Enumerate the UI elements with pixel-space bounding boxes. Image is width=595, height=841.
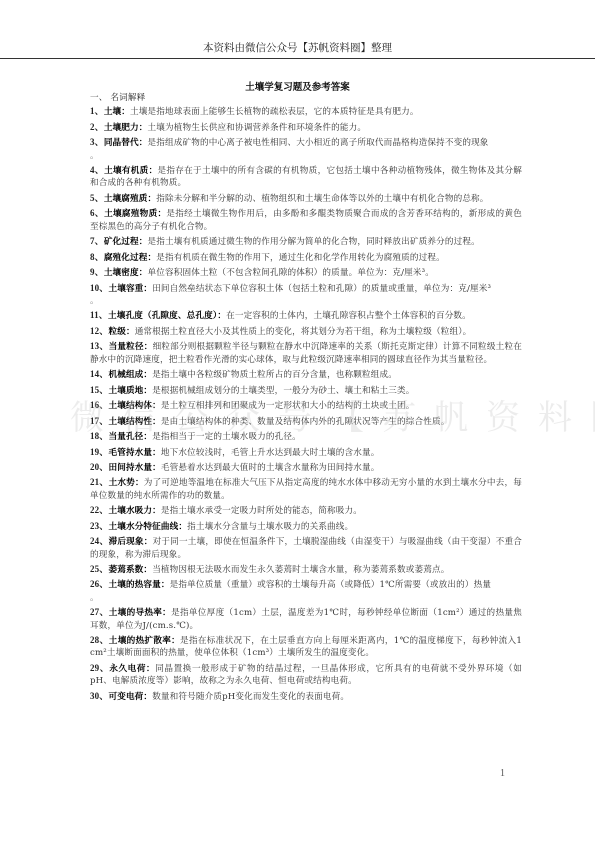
- entry-definition: 是指单位质量（重量）或容积的土壤每升高（或降低）1℃所需要（或放出的）热量: [170, 580, 491, 590]
- entry-number: 12、: [90, 326, 108, 336]
- entry-definition: 土壤为植物生长供应和协调营养条件和环境条件的能力。: [148, 123, 367, 133]
- entry-number: 6、: [90, 208, 104, 218]
- entry-number: 26、: [90, 579, 108, 589]
- entry-definition: 同晶置换一般形成于矿物的结晶过程，一旦晶体形成，它所具有的电荷就不受外界环境（如…: [90, 664, 522, 686]
- entry-definition: 是指土壤中各粒级矿物质土粒所占的百分含量，也称颗粒组成。: [152, 370, 397, 380]
- entry-definition: 是指土壤水承受一定吸力时所处的能态，简称吸力。: [161, 506, 362, 516]
- entry-number: 16、: [90, 400, 108, 410]
- page-number: 1: [500, 768, 505, 779]
- definition-entry: 21、土水势：为了可逆地等温地在标准大气压下从指定高度的纯水水体中移动无穷小量的…: [90, 476, 522, 502]
- definition-entry: 14、机械组成：是指土壤中各粒级矿物质土粒所占的百分含量，也称颗粒组成。: [90, 368, 522, 381]
- page-header: 本资料由微信公众号【苏帆资料圈】整理: [0, 40, 595, 55]
- entry-definition: 是指组成矿物的中心离子被电性相同、大小相近的离子所取代而晶格构造保持不变的现象: [148, 138, 489, 148]
- entry-number: 19、: [90, 447, 108, 457]
- entry-definition: 是指相当于一定的土壤水吸力的孔径。: [152, 432, 301, 442]
- definition-entry: 22、土壤水吸力：是指土壤水承受一定吸力时所处的能态，简称吸力。: [90, 504, 522, 517]
- section-heading: 一、 名词解释: [90, 92, 522, 104]
- entry-term: 永久电荷：: [109, 664, 155, 674]
- entry-tail: 。: [90, 592, 522, 604]
- entry-term: 土壤水分特征曲线：: [108, 522, 187, 532]
- entry-definition: 对于同一土壤，即使在恒温条件下，土壤脱湿曲线（由湿变干）与吸湿曲线（由干变湿）不…: [90, 537, 522, 559]
- entry-number: 9、: [90, 267, 104, 277]
- entry-tail: 。: [90, 150, 522, 162]
- entry-definition: 指除未分解和半分解的动、植物组织和土壤生命体等以外的土壤中有机化合物的总称。: [156, 194, 488, 204]
- entry-definition: 土壤是指地球表面上能够生长植物的疏松表层，它的本质特征是具有肥力。: [130, 107, 419, 117]
- definition-entry: 4、土壤有机质：是指存在于土壤中的所有含碳的有机物质，它包括土壤中各种动植物残体…: [90, 164, 522, 190]
- entry-number: 28、: [90, 635, 109, 645]
- entry-term: 滞后现象：: [109, 537, 153, 547]
- definition-entry: 29、永久电荷：同晶置换一般形成于矿物的结晶过程，一旦晶体形成，它所具有的电荷就…: [90, 662, 522, 688]
- definition-entry: 16、土壤结构体：是土粒互相排列和团聚成为一定形状和大小的结构的土块或土团。: [90, 399, 522, 412]
- document-title: 土壤学复习题及参考答案: [0, 79, 595, 93]
- entry-term: 毛管持水量：: [108, 448, 160, 458]
- entry-term: 土壤水吸力：: [108, 506, 160, 516]
- entry-term: 粒级：: [108, 327, 134, 337]
- definition-entry: 17、土壤结构性：是由土壤结构体的种类、数量及结构体内外的孔隙状况等产生的综合性…: [90, 415, 522, 428]
- entry-term: 可变电荷：: [108, 692, 152, 702]
- definition-entry: 15、土壤质地：是根据机械组成划分的土壤类型，一般分为砂土、壤土和粘土三类。: [90, 384, 522, 397]
- definition-entry: 5、土壤腐殖质：指除未分解和半分解的动、植物组织和土壤生命体等以外的土壤中有机化…: [90, 192, 522, 205]
- definition-entry: 9、土壤密度：单位容积固体土粒（不包含粒间孔隙的体积）的质量。单位为：克/厘米³…: [90, 266, 522, 279]
- entry-term: 土壤结构体：: [108, 401, 160, 411]
- entry-term: 同晶替代：: [104, 138, 148, 148]
- definition-entry: 7、矿化过程：是指土壤有机质通过微生物的作用分解为简单的化合物，同时释放出矿质养…: [90, 235, 522, 248]
- definition-entry: 19、毛管持水量：地下水位较浅时，毛管上升水达到最大时土壤的含水量。: [90, 446, 522, 459]
- entry-number: 15、: [90, 385, 108, 395]
- entry-term: 土壤容重：: [108, 284, 152, 294]
- entry-number: 13、: [90, 341, 109, 351]
- entry-term: 土壤质地：: [108, 386, 152, 396]
- entry-number: 5、: [90, 193, 104, 203]
- entry-term: 萎蔫系数：: [108, 565, 152, 575]
- definition-entry: 18、当量孔径：是指相当于一定的土壤水吸力的孔径。: [90, 430, 522, 443]
- entry-number: 11、: [90, 310, 108, 320]
- entry-term: 土壤孔度（孔隙度、总孔度）：: [108, 311, 226, 321]
- entry-term: 机械组成：: [108, 370, 152, 380]
- entry-definition: 数量和符号随介质pH变化而发生变化的表面电荷。: [152, 692, 349, 702]
- definition-entry: 1、土壤：土壤是指地球表面上能够生长植物的疏松表层，它的本质特征是具有肥力。: [90, 105, 522, 118]
- entry-number: 24、: [90, 536, 109, 546]
- entry-number: 30、: [90, 691, 108, 701]
- entry-definition: 为了可逆地等温地在标准大气压下从指定高度的纯水水体中移动无穷小量的水到土壤水分中…: [90, 478, 522, 500]
- entry-number: 1、: [90, 106, 104, 116]
- entry-definition: 是由土壤结构体的种类、数量及结构体内外的孔隙状况等产生的综合性质。: [161, 417, 450, 427]
- entry-definition: 田间自然垒结状态下单位容积土体（包括土粒和孔隙）的质量或重量，单位为：克/厘米³: [152, 284, 491, 294]
- definition-entry: 30、可变电荷：数量和符号随介质pH变化而发生变化的表面电荷。: [90, 690, 522, 703]
- entry-definition: 当植物因根无法吸水而发生永久萎蔫时土壤含水量，称为萎蔫系数或萎蔫点。: [152, 565, 449, 575]
- entry-definition: 地下水位较浅时，毛管上升水达到最大时土壤的含水量。: [161, 448, 380, 458]
- entry-definition: 是土粒互相排列和团聚成为一定形状和大小的结构的土块或土团。: [161, 401, 415, 411]
- entry-definition: 单位容积固体土粒（不包含粒间孔隙的体积）的质量。单位为：克/厘米³。: [148, 268, 434, 278]
- entry-number: 7、: [90, 236, 104, 246]
- definition-entry: 24、滞后现象：对于同一土壤，即使在恒温条件下，土壤脱湿曲线（由湿变干）与吸湿曲…: [90, 535, 522, 561]
- entry-number: 3、: [90, 137, 104, 147]
- entry-number: 22、: [90, 505, 108, 515]
- document-body: 一、 名词解释 1、土壤：土壤是指地球表面上能够生长植物的疏松表层，它的本质特征…: [90, 92, 522, 705]
- entry-number: 29、: [90, 663, 109, 673]
- entry-number: 4、: [90, 165, 104, 175]
- entry-term: 土壤结构性：: [108, 417, 160, 427]
- definition-entry: 8、腐殖化过程：是指有机质在微生物的作用下，通过生化和化学作用转化为腐殖质的过程…: [90, 251, 522, 264]
- entry-definition: 毛管悬着水达到最大值时的土壤含水量称为田间持水量。: [161, 463, 380, 473]
- definition-entry: 20、田间持水量：毛管悬着水达到最大值时的土壤含水量称为田间持水量。: [90, 461, 522, 474]
- entry-number: 20、: [90, 462, 108, 472]
- entry-number: 27、: [90, 607, 109, 617]
- entry-term: 矿化过程：: [104, 237, 148, 247]
- definition-entry: 28、土壤的热扩散率：是指在标准状况下，在土层垂直方向上每厘米距离内，1℃的温度…: [90, 634, 522, 660]
- definition-entry: 23、土壤水分特征曲线：指土壤水分含量与土壤水吸力的关系曲线。: [90, 520, 522, 533]
- entry-term: 土壤：: [104, 107, 130, 117]
- entry-definition: 是根据机械组成划分的土壤类型，一般分为砂土、壤土和粘土三类。: [152, 386, 414, 396]
- definition-entry: 2、土壤肥力：土壤为植物生长供应和协调营养条件和环境条件的能力。: [90, 121, 522, 134]
- entry-term: 腐殖化过程：: [104, 253, 156, 263]
- definition-entry: 10、土壤容重：田间自然垒结状态下单位容积土体（包括土粒和孔隙）的质量或重量，单…: [90, 282, 522, 308]
- definition-entry: 13、当量粒径：细粒部分则根据颗粒半径与颗粒在静水中沉降速率的关系（斯托克斯定律…: [90, 340, 522, 366]
- entry-definition: 是指有机质在微生物的作用下，通过生化和化学作用转化为腐殖质的过程。: [156, 253, 445, 263]
- entry-number: 25、: [90, 564, 108, 574]
- entry-term: 当量孔径：: [108, 432, 152, 442]
- entry-term: 土壤的热容量：: [108, 580, 169, 590]
- entry-number: 8、: [90, 252, 104, 262]
- entry-number: 14、: [90, 369, 108, 379]
- entry-number: 10、: [90, 283, 108, 293]
- entry-term: 土壤腐殖质：: [104, 194, 156, 204]
- entry-definition: 是指土壤有机质通过微生物的作用分解为简单的化合物，同时释放出矿质养分的过程。: [148, 237, 480, 247]
- definition-list: 1、土壤：土壤是指地球表面上能够生长植物的疏松表层，它的本质特征是具有肥力。2、…: [90, 105, 522, 703]
- entry-number: 23、: [90, 521, 108, 531]
- definition-entry: 27、土壤的导热率：是指单位厚度（1cm）土层，温度差为1℃时，每秒钟经单位断面…: [90, 606, 522, 632]
- header-divider: [0, 58, 595, 59]
- entry-term: 土水势：: [109, 478, 144, 488]
- entry-term: 土壤的热扩散率：: [109, 636, 180, 646]
- entry-number: 17、: [90, 416, 108, 426]
- definition-entry: 11、土壤孔度（孔隙度、总孔度）：在一定容积的土体内，土壤孔隙容积占整个土体容积…: [90, 309, 522, 322]
- entry-tail: 。: [90, 295, 522, 307]
- entry-term: 土壤有机质：: [104, 166, 157, 176]
- definition-entry: 26、土壤的热容量：是指单位质量（重量）或容积的土壤每升高（或降低）1℃所需要（…: [90, 578, 522, 604]
- entry-term: 土壤肥力：: [104, 123, 148, 133]
- entry-term: 土壤腐殖物质：: [104, 209, 166, 219]
- definition-entry: 25、萎蔫系数：当植物因根无法吸水而发生永久萎蔫时土壤含水量，称为萎蔫系数或萎蔫…: [90, 563, 522, 576]
- entry-term: 土壤密度：: [104, 268, 148, 278]
- entry-definition: 细粒部分则根据颗粒半径与颗粒在静水中沉降速率的关系（斯托克斯定律）计算不同粒级土…: [90, 342, 522, 364]
- entry-definition: 指土壤水分含量与土壤水吸力的关系曲线。: [187, 522, 353, 532]
- entry-term: 土壤的导热率：: [109, 608, 171, 618]
- entry-number: 18、: [90, 431, 108, 441]
- entry-term: 当量粒径：: [109, 342, 153, 352]
- definition-entry: 6、土壤腐殖物质：是指经土壤微生物作用后，由多酚和多醌类物质聚合而成的含芳香环结…: [90, 207, 522, 233]
- definition-entry: 12、粒级：通常根据土粒直径大小及其性质上的变化，将其划分为若干组，称为土壤粒级…: [90, 325, 522, 338]
- definition-entry: 3、同晶替代：是指组成矿物的中心离子被电性相同、大小相近的离子所取代而晶格构造保…: [90, 136, 522, 162]
- entry-definition: 在一定容积的土体内，土壤孔隙容积占整个土体容积的百分数。: [226, 311, 471, 321]
- entry-term: 田间持水量：: [108, 463, 160, 473]
- entry-number: 2、: [90, 122, 104, 132]
- entry-number: 21、: [90, 477, 109, 487]
- entry-definition: 通常根据土粒直径大小及其性质上的变化，将其划分为若干组，称为土壤粒级（粒组）。: [135, 327, 472, 337]
